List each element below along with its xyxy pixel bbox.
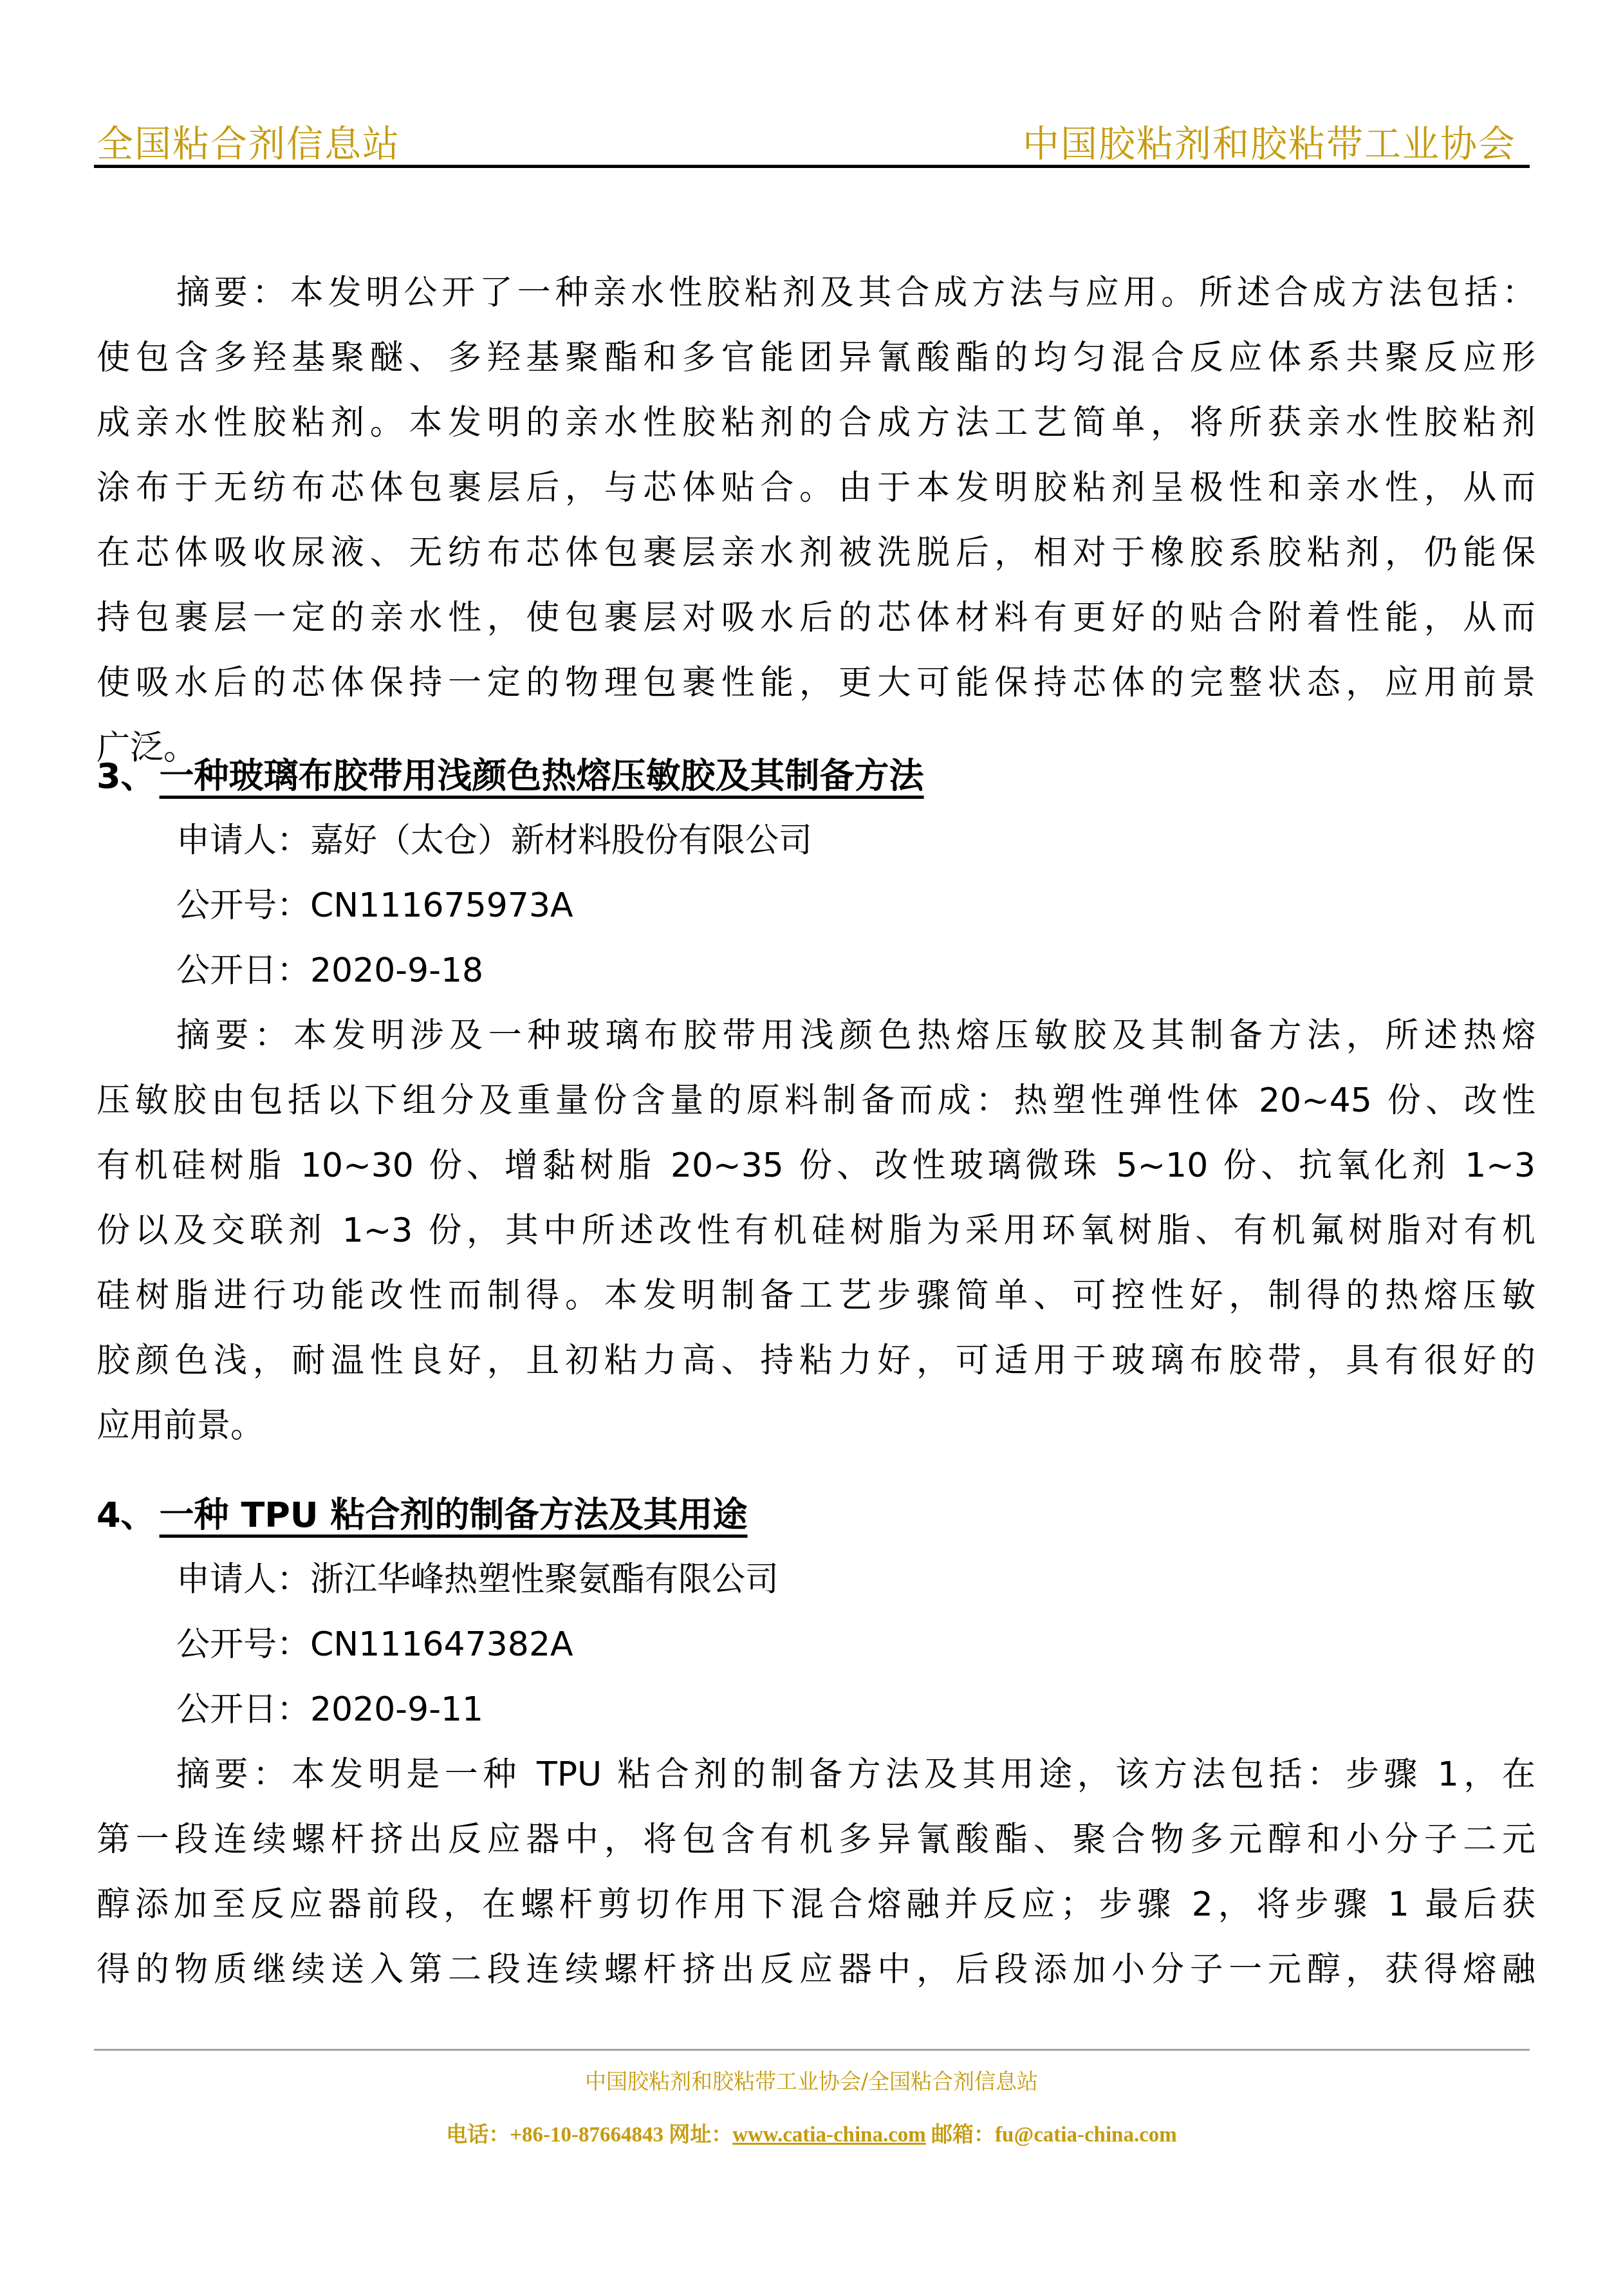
publication-date-value: 2020-9-18 [310,951,483,990]
phone-label: 电话： [446,2123,510,2147]
abstract-line: 摘要：本发明涉及一种玻璃布胶带用浅颜色热熔压敏胶及其制备方法，所述热熔 [97,1003,1535,1069]
publication-number-label: 公开号： [176,1625,310,1664]
section-number: 3、 [97,743,156,808]
applicant-row: 申请人：浙江华峰热塑性聚氨酯有限公司 [97,1547,1535,1612]
publication-date-row: 公开日：2020-9-11 [97,1677,1535,1742]
section-number: 4、 [97,1482,156,1547]
patent-section-4: 4、一种 TPU 粘合剂的制备方法及其用途 申请人：浙江华峰热塑性聚氨酯有限公司… [97,1482,1535,2002]
publication-number-row: 公开号：CN111647382A [97,1612,1535,1677]
abstract-line: 胶颜色浅，耐温性良好，且初粘力高、持粘力好，可适用于玻璃布胶带，具有很好的 [97,1329,1535,1394]
header-site-name: 全国粘合剂信息站 [97,115,400,167]
abstract-line: 醇添加至反应器前段，在螺杆剪切作用下混合熔融并反应；步骤 2，将步骤 1 最后获 [97,1872,1535,1937]
website-label: 网址： [669,2123,732,2147]
abstract-line: 第一段连续螺杆挤出反应器中，将包含有机多异氰酸酯、聚合物多元醇和小分子二元 [97,1807,1535,1872]
publication-number-value: CN111647382A [310,1625,573,1664]
email-address[interactable]: fu@catia-china.com [995,2123,1177,2147]
section-heading: 3、一种玻璃布胶带用浅颜色热熔压敏胶及其制备方法 [97,743,1535,808]
publication-date-label: 公开日： [176,1690,310,1729]
footer-organization: 中国胶粘剂和胶粘带工业协会/全国粘合剂信息站 [0,2065,1623,2095]
publication-number-row: 公开号：CN111675973A [97,873,1535,938]
publication-number-label: 公开号： [176,886,310,925]
abstract-line: 成亲水性胶粘剂。本发明的亲水性胶粘剂的合成方法工艺简单，将所获亲水性胶粘剂 [97,391,1535,456]
abstract-line: 有机硅树脂 10~30 份、增黏树脂 20~35 份、改性玻璃微珠 5~10 份… [97,1134,1535,1199]
section-title: 一种玻璃布胶带用浅颜色热熔压敏胶及其制备方法 [160,756,924,796]
abstract-line: 摘要：本发明是一种 TPU 粘合剂的制备方法及其用途，该方法包括：步骤 1，在 [97,1742,1535,1807]
section-abstract: 摘要：本发明涉及一种玻璃布胶带用浅颜色热熔压敏胶及其制备方法，所述热熔 压敏胶由… [97,1003,1535,1459]
publication-date-value: 2020-9-11 [310,1690,483,1729]
abstract-line: 使吸水后的芯体保持一定的物理包裹性能，更大可能保持芯体的完整状态，应用前景 [97,651,1535,716]
abstract-line: 摘要：本发明公开了一种亲水性胶粘剂及其合成方法与应用。所述合成方法包括： [97,261,1535,326]
section-heading: 4、一种 TPU 粘合剂的制备方法及其用途 [97,1482,1535,1547]
footer-contact: 电话：+86-10-87664843 网址：www.catia-china.co… [0,2118,1623,2148]
intro-abstract: 摘要：本发明公开了一种亲水性胶粘剂及其合成方法与应用。所述合成方法包括： 使包含… [97,261,1535,781]
abstract-line: 份以及交联剂 1~3 份，其中所述改性有机硅树脂为采用环氧树脂、有机氟树脂对有机 [97,1199,1535,1264]
applicant-label: 申请人： [176,821,310,860]
abstract-line: 得的物质继续送入第二段连续螺杆挤出反应器中，后段添加小分子一元醇，获得熔融 [97,1937,1535,2002]
abstract-line: 持包裹层一定的亲水性，使包裹层对吸水后的芯体材料有更好的贴合附着性能，从而 [97,586,1535,651]
publication-number-value: CN111675973A [310,886,573,925]
publication-date-row: 公开日：2020-9-18 [97,938,1535,1003]
abstract-line: 压敏胶由包括以下组分及重量份含量的原料制备而成：热塑性弹性体 20~45 份、改… [97,1069,1535,1134]
applicant-value: 浙江华峰热塑性聚氨酯有限公司 [310,1560,779,1599]
publication-date-label: 公开日： [176,951,310,990]
abstract-line: 涂布于无纺布芯体包裹层后，与芯体贴合。由于本发明胶粘剂呈极性和亲水性，从而 [97,456,1535,521]
abstract-line: 硅树脂进行功能改性而制得。本发明制备工艺步骤简单、可控性好，制得的热熔压敏 [97,1264,1535,1329]
section-abstract: 摘要：本发明是一种 TPU 粘合剂的制备方法及其用途，该方法包括：步骤 1，在 … [97,1742,1535,2002]
patent-section-3: 3、一种玻璃布胶带用浅颜色热熔压敏胶及其制备方法 申请人：嘉好（太仓）新材料股份… [97,743,1535,1459]
header-divider [94,165,1530,168]
email-label: 邮箱： [931,2123,995,2147]
section-title: 一种 TPU 粘合剂的制备方法及其用途 [160,1495,748,1535]
applicant-value: 嘉好（太仓）新材料股份有限公司 [310,821,812,860]
footer-divider [94,2049,1530,2051]
header-association-name: 中国胶粘剂和胶粘带工业协会 [1023,115,1516,167]
applicant-label: 申请人： [176,1560,310,1599]
applicant-row: 申请人：嘉好（太仓）新材料股份有限公司 [97,808,1535,873]
abstract-line: 在芯体吸收尿液、无纺布芯体包裹层亲水剂被洗脱后，相对于橡胶系胶粘剂，仍能保 [97,521,1535,586]
phone-number: +86-10-87664843 [510,2123,663,2147]
abstract-line: 应用前景。 [97,1394,1535,1459]
website-link[interactable]: www.catia-china.com [732,2123,926,2147]
abstract-line: 使包含多羟基聚醚、多羟基聚酯和多官能团异氰酸酯的均匀混合反应体系共聚反应形 [97,326,1535,391]
